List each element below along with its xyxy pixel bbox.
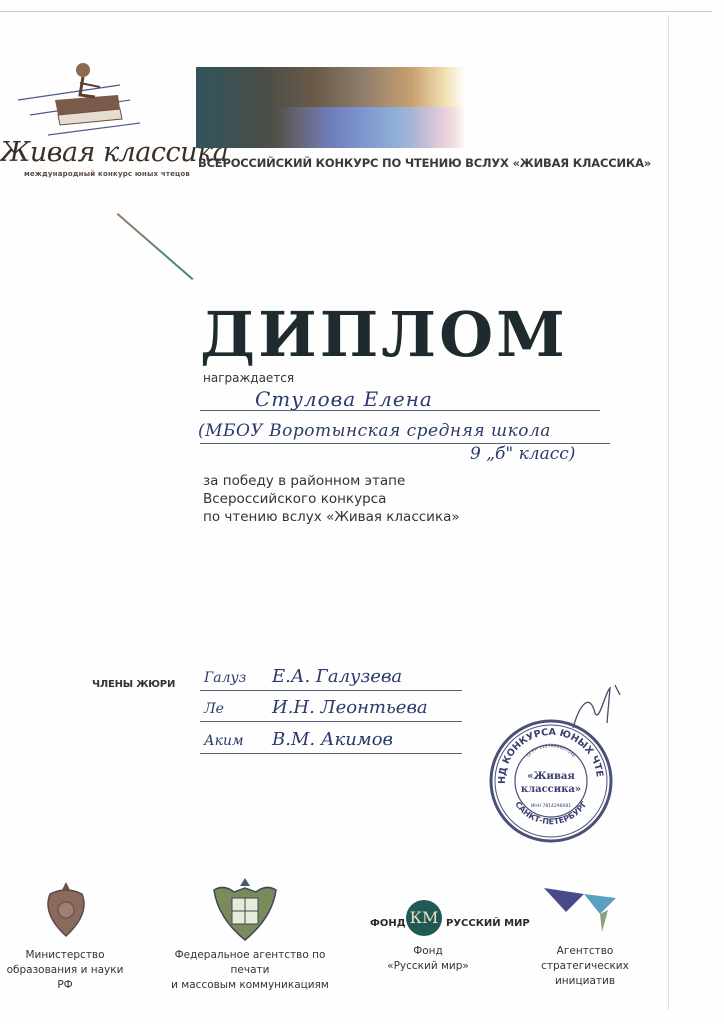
jury-name: И.Н. Леонтьева	[272, 697, 428, 718]
jury-signature: Аким	[204, 733, 244, 749]
partner-asi: Агентство стратегических инициатив	[510, 944, 660, 989]
partner-russkiy-mir: Фонд «Русский мир»	[378, 944, 478, 974]
partner-name-line: стратегических инициатив	[510, 959, 660, 989]
scan-edge-top	[0, 11, 712, 12]
agency-emblem-icon	[210, 876, 280, 942]
logo-title: Живая классика	[0, 137, 228, 168]
asi-logo-icon	[540, 884, 620, 934]
partner-name-line: Агентство	[510, 944, 660, 959]
svg-text:ИНН 7814296081: ИНН 7814296081	[531, 803, 571, 809]
jury-label: ЧЛЕНЫ ЖЮРИ	[92, 679, 175, 690]
seal-stamp-icon: ФОНД КОНКУРСА ЮНЫХ ЧТЕЦОВ САНКТ-ПЕТЕРБУР…	[487, 717, 615, 845]
name-underline	[200, 410, 600, 411]
award-reason-line: Всероссийского конкурса	[203, 490, 460, 508]
svg-text:ОГРН 1127800007546: ОГРН 1127800007546	[525, 743, 576, 759]
svg-text:классика»: классика»	[521, 784, 581, 795]
contest-title: ВСЕРОССИЙСКИЙ КОНКУРС ПО ЧТЕНИЮ ВСЛУХ «Ж…	[198, 156, 651, 170]
scan-edge-right	[668, 15, 669, 1010]
logo-text: ФОНД	[370, 918, 406, 929]
awarded-label: награждается	[203, 371, 294, 385]
partner-name-line: «Русский мир»	[378, 959, 478, 974]
coat-of-arms-icon	[40, 880, 92, 938]
jury-signature: Галуз	[204, 670, 246, 686]
partner-ministry: Министерство образования и науки РФ	[0, 948, 130, 993]
logo-text: РУССКИЙ МИР	[446, 918, 530, 929]
partner-press-agency: Федеральное агентство по печати и массов…	[160, 948, 340, 993]
jury-name: Е.А. Галузева	[272, 666, 402, 687]
diploma-title: ДИПЛОМ	[200, 298, 568, 371]
partner-name-line: Министерство	[0, 948, 130, 963]
logo-subtitle: международный конкурс юных чтецов	[24, 170, 190, 178]
diploma-page: Живая классика международный конкурс юны…	[0, 0, 724, 1024]
partner-name-line: Федеральное агентство по печати	[160, 948, 340, 978]
award-reason: за победу в районном этапе Всероссийског…	[203, 472, 460, 526]
recipient-name: Стулова Елена	[255, 387, 433, 411]
svg-text:«Живая: «Живая	[527, 771, 575, 782]
partner-name-line: образования и науки РФ	[0, 963, 130, 993]
logo-mark: КМ	[406, 900, 442, 936]
partner-name-line: Фонд	[378, 944, 478, 959]
recipient-grade: 9 „б" класс)	[470, 444, 575, 464]
header-banner-image	[196, 67, 466, 148]
pen-stroke	[117, 213, 194, 280]
signature-line	[200, 753, 462, 754]
signature-line	[200, 721, 462, 722]
jury-name: В.М. Акимов	[272, 729, 393, 750]
signature-line	[200, 690, 462, 691]
partner-name-line: и массовым коммуникациям	[160, 978, 340, 993]
recipient-school: (МБОУ Воротынская средняя школа	[198, 421, 551, 441]
jury-signature: Ле	[204, 701, 224, 717]
award-reason-line: по чтению вслух «Живая классика»	[203, 508, 460, 526]
russkiy-mir-logo-icon: ФОНД КМ РУССКИЙ МИР	[370, 898, 518, 938]
award-reason-line: за победу в районном этапе	[203, 472, 460, 490]
